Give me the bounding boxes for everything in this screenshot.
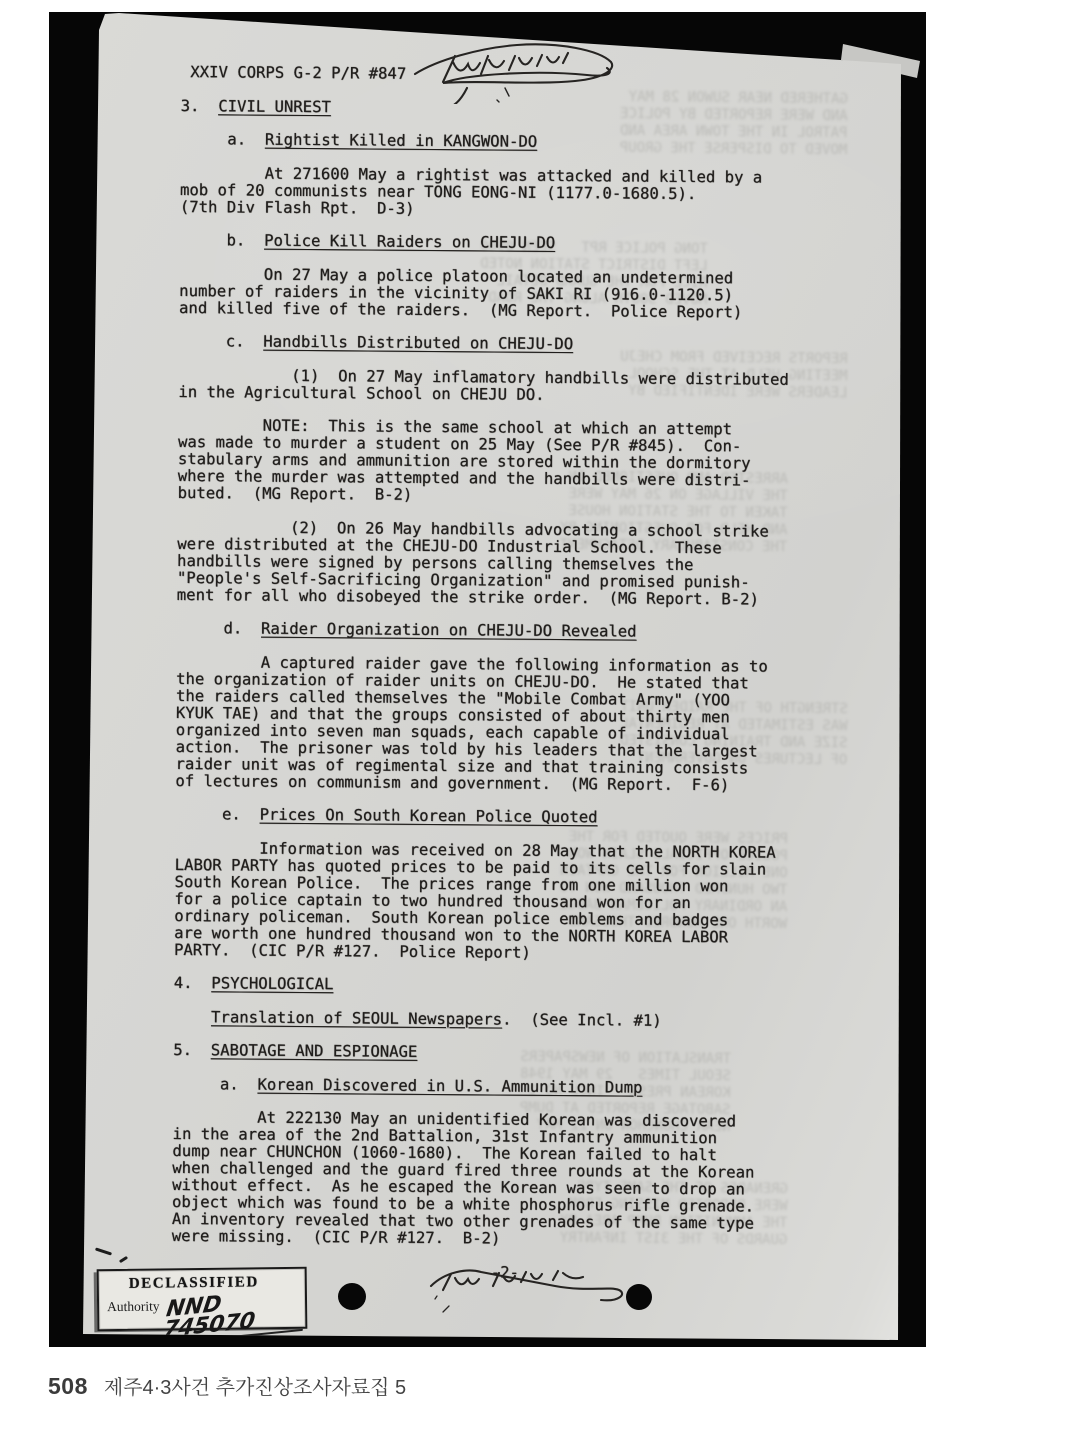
doc-line: 4. PSYCHOLOGICAL [174,975,784,997]
punch-hole [626,1284,652,1310]
doc-line: b. Police Kill Raiders on CHEJU-DO [180,232,790,254]
doc-line: d. Raider Organization on CHEJU-DO Revea… [176,620,786,642]
doc-line: c. Handbills Distributed on CHEJU-DO [179,333,789,355]
book-page-number: 508 [48,1373,88,1400]
doc-line: Translation of SEOUL Newspapers. (See In… [173,1008,783,1030]
doc-line: a. Korean Discovered in U.S. Ammunition … [173,1075,783,1097]
declassified-stamp: DECLASSIFIED Authority NND 745070 [97,1267,308,1332]
document-photo: GATHERED NEAR SUWON 28 MAYAND WERE REPOR… [49,12,926,1347]
doc-line: and killed five of the raiders. (MG Repo… [179,299,789,321]
document-body: XXIV CORPS G-2 P/R #8473. CIVIL UNREST a… [171,64,791,1283]
doc-line: a. Rightist Killed in KANGWON-DO [180,131,790,153]
doc-line: e. Prices On South Korean Police Quoted [175,806,785,828]
pen-mark [95,1247,112,1255]
doc-line: (7th Div Flash Rpt. D-3) [180,198,790,220]
doc-line: 3. CIVIL UNREST [181,97,791,119]
book-title: 제주4·3사건 추가진상조사자료집 5 [104,1371,406,1400]
book-caption: 508 제주4·3사건 추가진상조사자료집 5 [48,1371,406,1400]
doc-line: of lectures on communism and government.… [175,772,785,794]
stamp-authority-value: NND 745070 [159,1286,308,1345]
punch-hole [338,1283,366,1310]
stamp-authority-label: Authority [107,1299,160,1316]
pen-mark [119,1256,128,1263]
document-page: GATHERED NEAR SUWON 28 MAYAND WERE REPOR… [49,12,926,1347]
doc-line: 5. SABOTAGE AND ESPIONAGE [173,1042,783,1064]
book-page: GATHERED NEAR SUWON 28 MAYAND WERE REPOR… [0,0,1080,1439]
doc-line: ment for all who disobeyed the strike or… [177,586,787,608]
doc-line: XXIV CORPS G-2 P/R #847 [181,64,791,86]
